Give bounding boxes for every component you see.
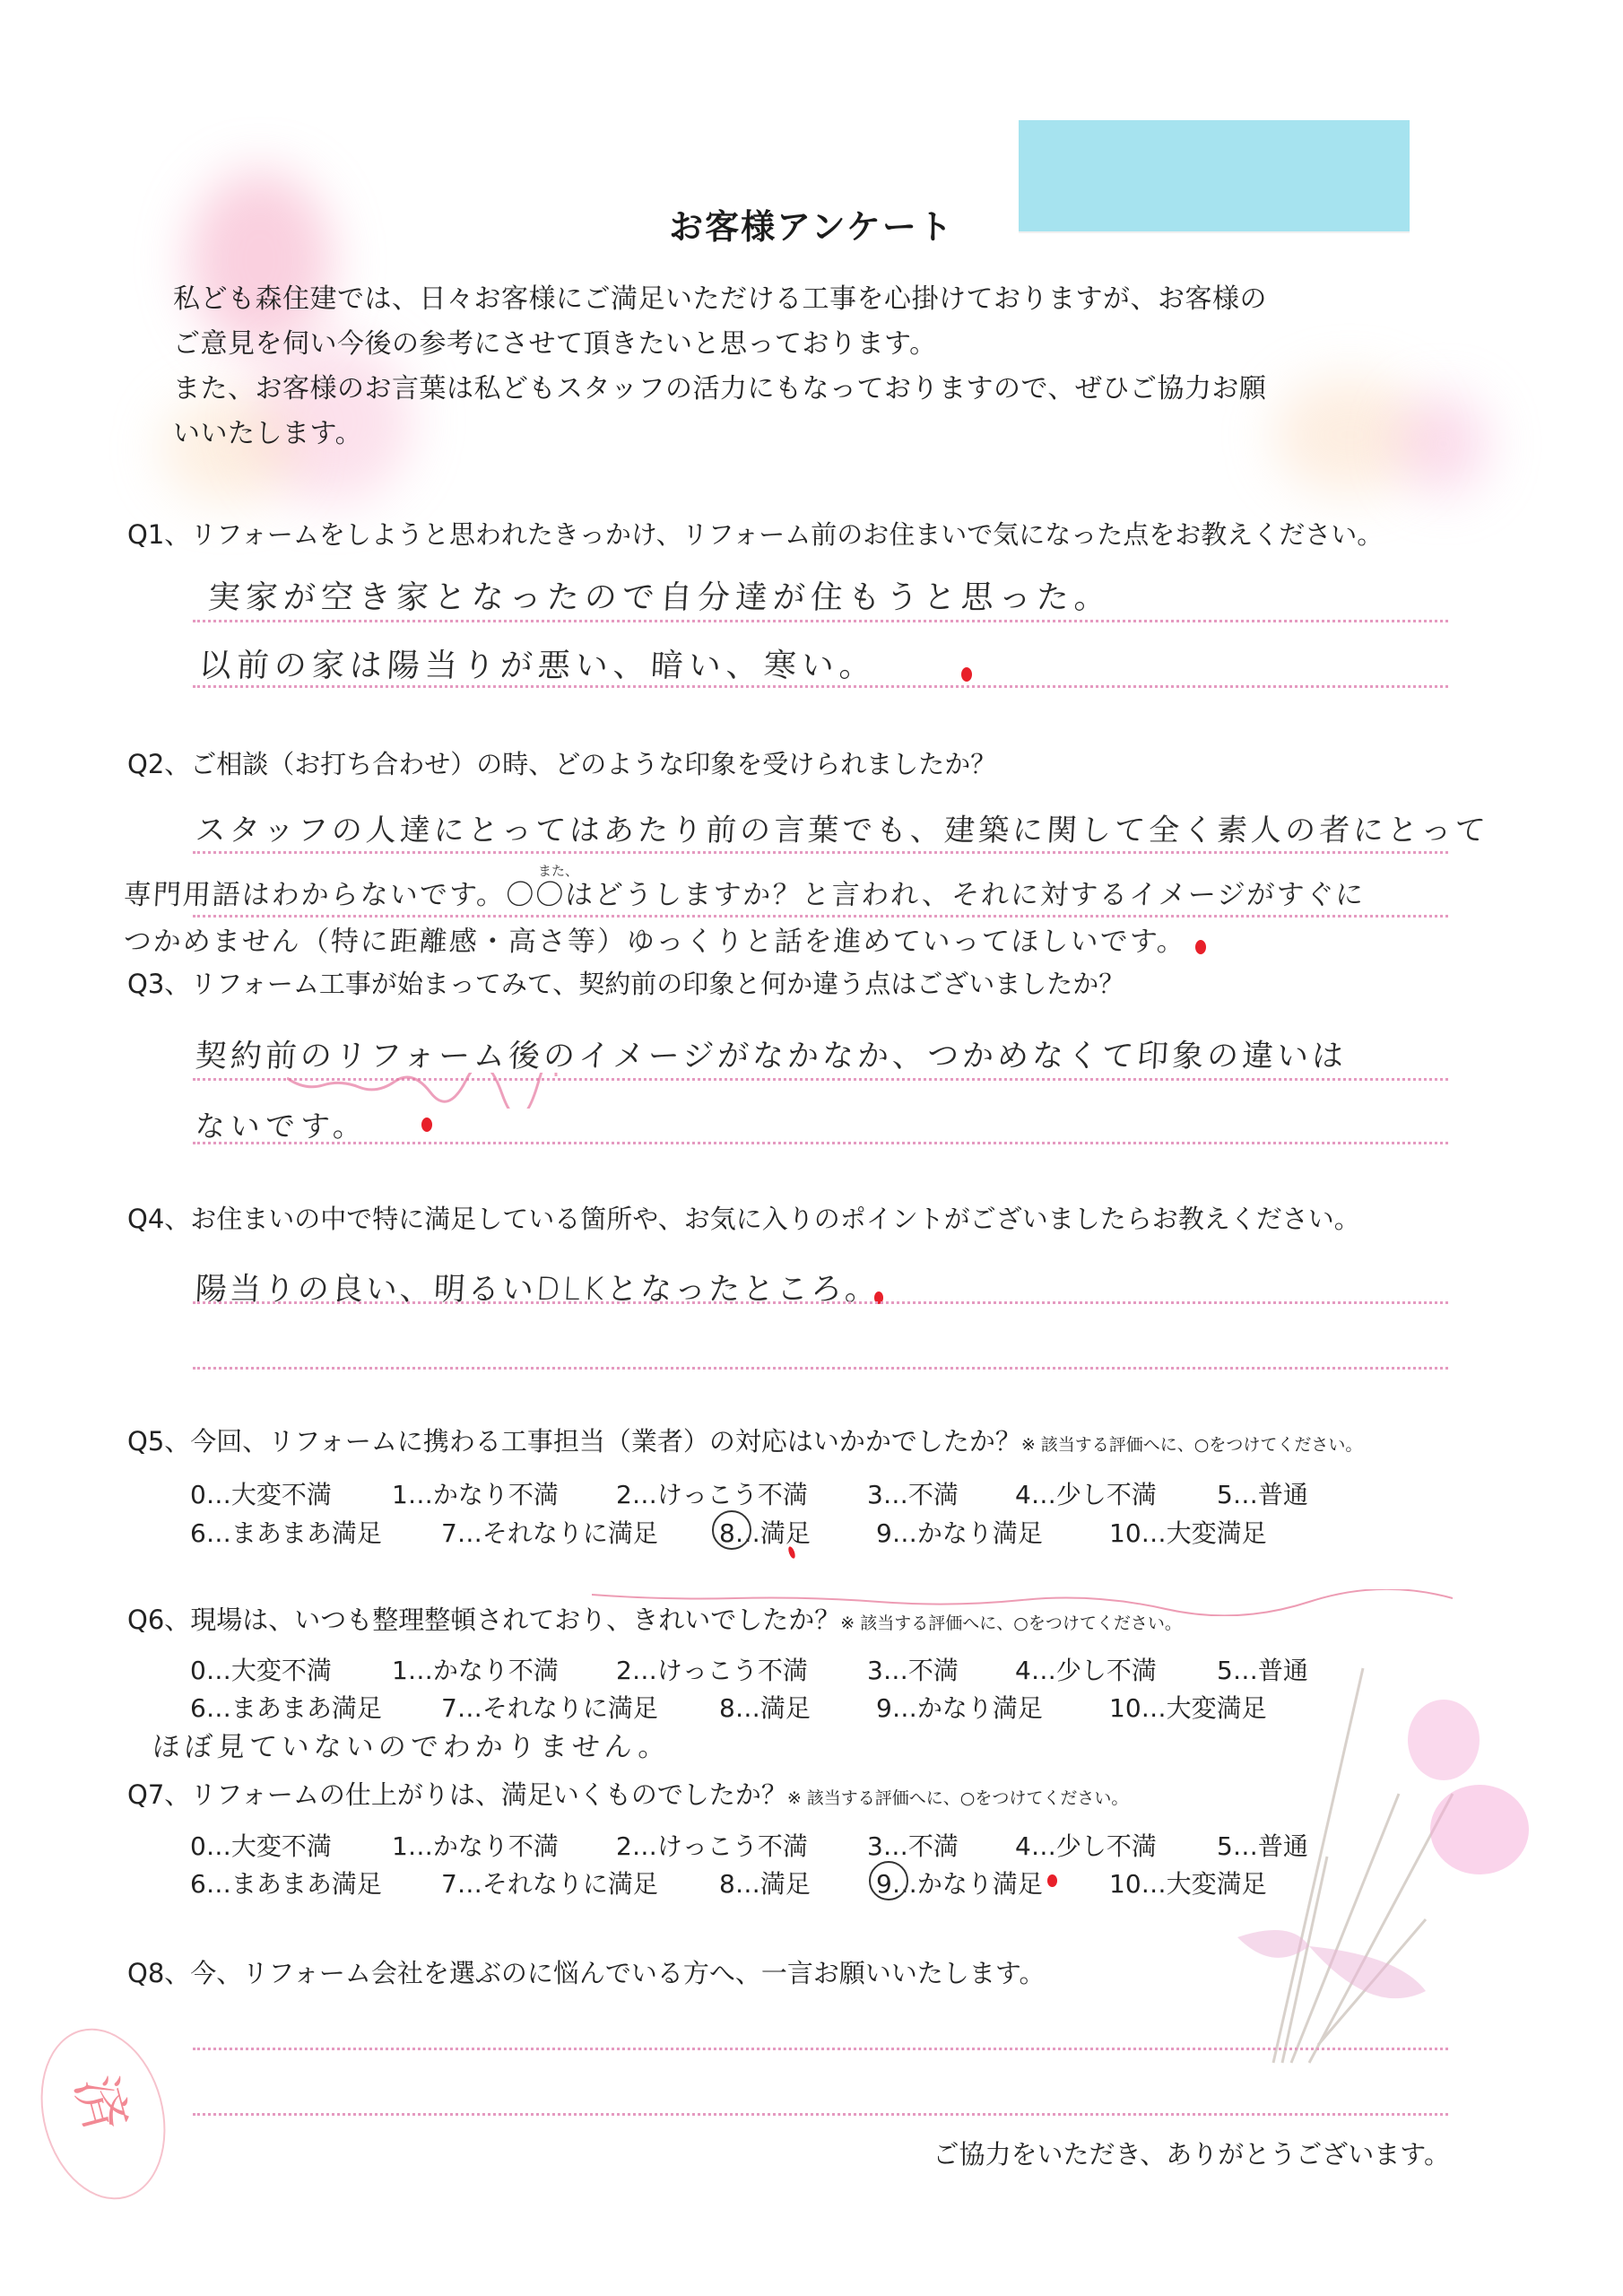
red-check-mark <box>1195 940 1206 954</box>
q5-option-8-selected[interactable]: 8…満足 <box>719 1514 876 1550</box>
rating-row-q5-b: 6…まあまあ満足7…それなりに満足8…満足9…かなり満足10…大変満足 <box>190 1514 1267 1550</box>
q6-option-2[interactable]: 2…けっこう不満 <box>616 1651 867 1687</box>
answer-q1-line-1: 実家が空き家となったので自分達が住もうと思った。 <box>207 572 1114 618</box>
ruled-line <box>193 915 1448 918</box>
rating-row-q5-a: 0…大変不満1…かなり不満2…けっこう不満3…不満4…少し不満5…普通 <box>190 1475 1308 1511</box>
rating-row-q7-b: 6…まあまあ満足7…それなりに満足8…満足9…かなり満足10…大変満足 <box>190 1865 1267 1900</box>
q6-option-6[interactable]: 6…まあまあ満足 <box>190 1689 441 1725</box>
q6-option-7[interactable]: 7…それなりに満足 <box>441 1689 719 1725</box>
ruled-line <box>193 2113 1448 2116</box>
rating-row-q7-a: 0…大変不満1…かなり不満2…けっこう不満3…不満4…少し不満5…普通 <box>190 1827 1308 1863</box>
flower-bouquet-illustration <box>1219 1561 1542 2081</box>
question-q6-note: ※ 該当する評価へに、○をつけてください。 <box>840 1613 1182 1633</box>
q5-option-1[interactable]: 1…かなり不満 <box>392 1475 616 1511</box>
answer-q6-comment: ほぼ見ていないのでわかりません。 <box>152 1724 672 1764</box>
question-q7: Q7、リフォームの仕上がりは、満足いくものでしたか？※ 該当する評価へに、○をつ… <box>127 1775 1128 1812</box>
question-q2: Q2、ご相談（お打ち合わせ）の時、どのような印象を受けられましたか？ <box>127 744 996 781</box>
intro-line-4: いいたします。 <box>173 411 362 450</box>
ruled-line <box>193 685 1448 688</box>
q5-option-5[interactable]: 5…普通 <box>1217 1475 1308 1511</box>
q7-option-6[interactable]: 6…まあまあ満足 <box>190 1865 441 1900</box>
q5-option-3[interactable]: 3…不満 <box>867 1475 1015 1511</box>
page-title: お客様アンケート <box>0 199 1623 248</box>
ruled-line <box>193 620 1448 622</box>
q7-option-1[interactable]: 1…かなり不満 <box>392 1827 616 1863</box>
q5-option-10[interactable]: 10…大変満足 <box>1109 1514 1267 1550</box>
question-q5: Q5、今回、リフォームに携わる工事担当（業者）の対応はいかかでしたか？※ 該当す… <box>127 1422 1362 1458</box>
question-q8: Q8、今、リフォーム会社を選ぶのに悩んでいる方へ、一言お願いいたします。 <box>127 1953 1046 1990</box>
q6-option-8[interactable]: 8…満足 <box>719 1689 876 1725</box>
ruled-line <box>193 1367 1448 1370</box>
q7-option-7[interactable]: 7…それなりに満足 <box>441 1865 719 1900</box>
question-q4: Q4、お住まいの中で特に満足している箇所や、お気に入りのポイントがございましたら… <box>127 1199 1360 1236</box>
intro-line-2: ご意見を伺い今後の参考にさせて頂きたいと思っております。 <box>173 321 937 361</box>
question-q3: Q3、リフォーム工事が始まってみて、契約前の印象と何か違う点はございましたか？ <box>127 964 1124 1001</box>
q7-option-5[interactable]: 5…普通 <box>1217 1827 1308 1863</box>
q7-option-0[interactable]: 0…大変不満 <box>190 1827 392 1863</box>
red-wavy-line <box>592 1589 1453 1616</box>
red-check-mark <box>1047 1874 1057 1887</box>
question-q7-note: ※ 該当する評価へに、○をつけてください。 <box>787 1788 1129 1808</box>
ruled-line <box>193 1142 1448 1144</box>
rating-row-q6-a: 0…大変不満1…かなり不満2…けっこう不満3…不満4…少し不満5…普通 <box>190 1651 1308 1687</box>
intro-line-3: また、お客様のお言葉は私どもスタッフの活力にもなっておりますので、ぜひご協力お願 <box>173 366 1266 405</box>
q7-option-4[interactable]: 4…少し不満 <box>1015 1827 1217 1863</box>
q7-option-3[interactable]: 3…不満 <box>867 1827 1015 1863</box>
red-check-mark <box>421 1118 432 1132</box>
question-q5-note: ※ 該当する評価へに、○をつけてください。 <box>1021 1435 1363 1455</box>
q7-option-8[interactable]: 8…満足 <box>719 1865 876 1900</box>
intro-line-1: 私ども森住建では、日々お客様にご満足いただける工事を心掛けておりますが、お客様の <box>173 276 1267 316</box>
answer-q2-line-3: つかめません（特に距離感・高さ等）ゆっくりと話を進めていってほしいです。 <box>123 918 1188 959</box>
q5-option-7[interactable]: 7…それなりに満足 <box>441 1514 719 1550</box>
red-check-mark <box>961 667 972 682</box>
q6-option-5[interactable]: 5…普通 <box>1217 1651 1308 1687</box>
q5-option-4[interactable]: 4…少し不満 <box>1015 1475 1217 1511</box>
q5-option-0[interactable]: 0…大変不満 <box>190 1475 392 1511</box>
q6-option-1[interactable]: 1…かなり不満 <box>392 1651 616 1687</box>
q5-option-2[interactable]: 2…けっこう不満 <box>616 1475 867 1511</box>
question-q5-label: Q5、今回、リフォームに携わる工事担当（業者）の対応はいかかでしたか？ <box>127 1426 1021 1457</box>
rating-row-q6-b: 6…まあまあ満足7…それなりに満足8…満足9…かなり満足10…大変満足 <box>190 1689 1267 1725</box>
q7-option-10[interactable]: 10…大変満足 <box>1109 1865 1267 1900</box>
answer-q3-line-2: ないです。 <box>195 1103 369 1145</box>
answer-q1-line-2: 以前の家は陽当りが悪い、暗い、寒い。 <box>198 640 879 686</box>
ruled-line <box>193 1301 1448 1304</box>
q5-option-6[interactable]: 6…まあまあ満足 <box>190 1514 441 1550</box>
q6-option-4[interactable]: 4…少し不満 <box>1015 1651 1217 1687</box>
q6-option-3[interactable]: 3…不満 <box>867 1651 1015 1687</box>
watercolor-blob-pink-right <box>1399 395 1488 493</box>
ruled-line <box>193 2048 1448 2050</box>
question-q7-label: Q7、リフォームの仕上がりは、満足いくものでしたか？ <box>127 1779 787 1810</box>
answer-q2-line-1: スタッフの人達にとってはあたり前の言葉でも、建築に関して全く素人の者にとって <box>195 805 1490 849</box>
q6-option-9[interactable]: 9…かなり満足 <box>876 1689 1109 1725</box>
q6-option-10[interactable]: 10…大変満足 <box>1109 1689 1267 1725</box>
answer-q3-line-1: 契約前のリフォーム後のイメージがなかなか、つかめなくて印象の違いは <box>195 1031 1349 1076</box>
question-q1: Q1、リフォームをしようと思われたきっかけ、リフォーム前のお住まいで気になった点… <box>127 515 1383 552</box>
q7-option-9-selected[interactable]: 9…かなり満足 <box>876 1865 1109 1900</box>
completed-stamp: 済 <box>22 2014 184 2213</box>
thanks-message: ご協力をいただき、ありがとうございます。 <box>933 2135 1450 2171</box>
q7-option-2[interactable]: 2…けっこう不満 <box>616 1827 867 1863</box>
stamp-text: 済 <box>60 2066 149 2138</box>
answer-q2-line-2: 専門用語はわからないです。〇〇はどうしますか？と言われ、それに対するイメージがす… <box>123 872 1367 912</box>
q6-option-0[interactable]: 0…大変不満 <box>190 1651 392 1687</box>
q5-option-9[interactable]: 9…かなり満足 <box>876 1514 1109 1550</box>
ruled-line <box>193 851 1448 854</box>
